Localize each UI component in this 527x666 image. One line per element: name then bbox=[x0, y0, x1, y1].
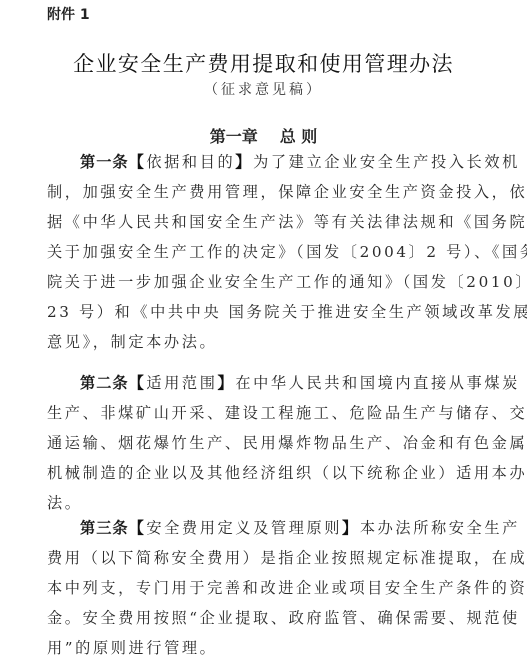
article-2-first-line: 第二条【适用范围】在中华人民共和国境内直接从事煤炭 bbox=[47, 368, 471, 398]
article-line: 金。安全费用按照“企业提取、政府监管、确保需要、规范使 bbox=[47, 603, 471, 633]
bracket-open: 【 bbox=[129, 519, 147, 537]
chapter-number: 第一章 bbox=[210, 127, 258, 146]
article-line: 本中列支，专门用于完善和改进企业或项目安全生产条件的资 bbox=[47, 573, 471, 603]
bracket-close: 】 bbox=[342, 519, 360, 537]
article-line: 据《中华人民共和国安全生产法》等有关法律法规和《国务院 bbox=[47, 207, 471, 237]
article-line: 关于加强安全生产工作的决定》（国发〔2004〕2 号）、《国务 bbox=[47, 237, 471, 267]
chapter-heading: 第一章总 则 bbox=[0, 124, 527, 147]
article-line: 意见》，制定本办法。 bbox=[47, 327, 471, 357]
document-subtitle: （征求意见稿） bbox=[0, 79, 527, 99]
article-line: 为了建立企业安全生产投入长效机 bbox=[253, 153, 520, 171]
article-line: 本办法所称安全生产 bbox=[360, 519, 520, 537]
article-line: 用”的原则进行管理。 bbox=[47, 633, 471, 663]
article-3-first-line: 第三条【安全费用定义及管理原则】本办法所称安全生产 bbox=[47, 513, 471, 543]
article-3-topic: 安全费用定义及管理原则 bbox=[146, 519, 342, 537]
article-3-label: 第三条 bbox=[80, 519, 129, 537]
bracket-close: 】 bbox=[218, 374, 236, 392]
article-line: 在中华人民共和国境内直接从事煤炭 bbox=[235, 374, 520, 392]
document-page: 附件 1 企业安全生产费用提取和使用管理办法 （征求意见稿） 第一章总 则 第一… bbox=[0, 0, 527, 666]
article-2-topic: 适用范围 bbox=[146, 374, 217, 392]
bracket-open: 【 bbox=[129, 374, 147, 392]
article-line: 费用（以下简称安全费用）是指企业按照规定标准提取，在成 bbox=[47, 543, 471, 573]
article-line: 生产、非煤矿山开采、建设工程施工、危险品生产与储存、交 bbox=[47, 398, 471, 428]
article-3: 第三条【安全费用定义及管理原则】本办法所称安全生产 费用（以下简称安全费用）是指… bbox=[47, 513, 471, 663]
article-line: 通运输、烟花爆竹生产、民用爆炸物品生产、冶金和有色金属、 bbox=[47, 428, 471, 458]
bracket-open: 【 bbox=[129, 153, 147, 171]
article-1-label: 第一条 bbox=[80, 153, 129, 171]
article-line: 机械制造的企业以及其他经济组织（以下统称企业）适用本办 bbox=[47, 458, 471, 488]
article-line: 制，加强安全生产费用管理，保障企业安全生产资金投入，依 bbox=[47, 177, 471, 207]
article-line: 院关于进一步加强企业安全生产工作的通知》（国发〔2010〕 bbox=[47, 267, 471, 297]
attachment-label: 附件 1 bbox=[47, 4, 90, 24]
article-1-topic: 依据和目的 bbox=[146, 153, 235, 171]
article-1-first-line: 第一条【依据和目的】为了建立企业安全生产投入长效机 bbox=[47, 147, 471, 177]
article-1: 第一条【依据和目的】为了建立企业安全生产投入长效机 制，加强安全生产费用管理，保… bbox=[47, 147, 471, 357]
article-2-label: 第二条 bbox=[80, 374, 129, 392]
article-line: 23 号）和《中共中央 国务院关于推进安全生产领域改革发展的 bbox=[47, 297, 471, 327]
chapter-name: 总 则 bbox=[280, 127, 318, 146]
article-2: 第二条【适用范围】在中华人民共和国境内直接从事煤炭 生产、非煤矿山开采、建设工程… bbox=[47, 368, 471, 518]
bracket-close: 】 bbox=[235, 153, 253, 171]
document-title: 企业安全生产费用提取和使用管理办法 bbox=[0, 48, 527, 78]
